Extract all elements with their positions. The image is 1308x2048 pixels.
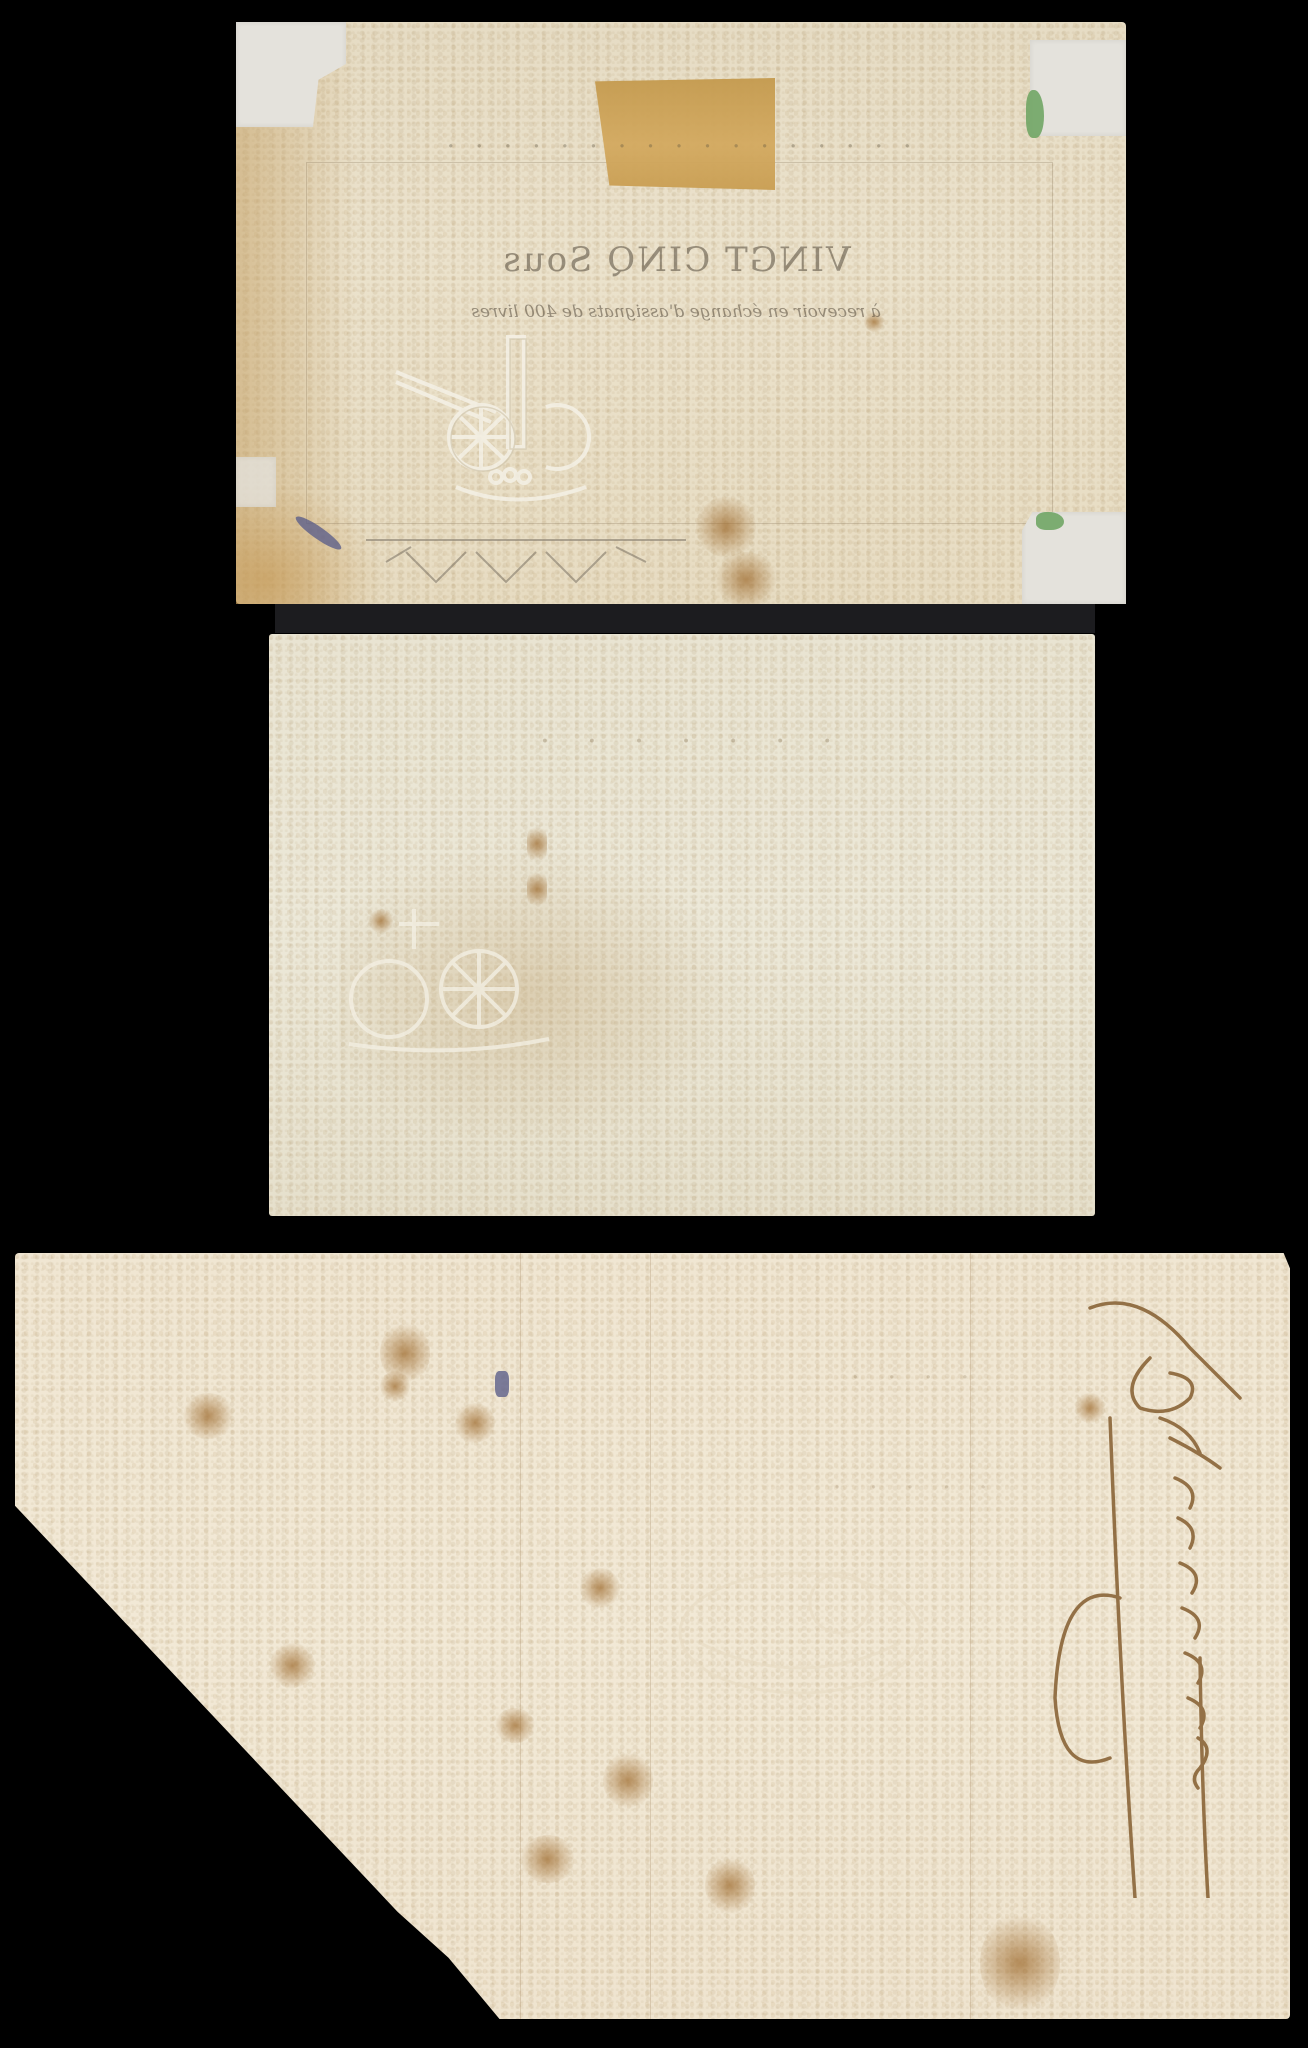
ornamental-border-icon: [366, 532, 686, 592]
mount-strip: [275, 604, 1095, 633]
bleed-through-text: · · · · · · ·: [419, 724, 939, 759]
foxing-spot: [696, 497, 756, 557]
blue-ink-mark: [495, 1371, 509, 1397]
banknote-middle: · · · · · · ·: [269, 634, 1095, 1216]
foxing-spot: [520, 1835, 575, 1883]
banknote-bottom: · · · · · · · · · Perrin: [15, 1253, 1290, 2019]
bleed-through-text: · · · ·: [715, 1363, 1095, 1393]
foxing-spot: [603, 1753, 653, 1808]
tape-hinge-bottom-left: [236, 457, 276, 507]
banknote-top: · · · · · · · · · · · · · · · · · VINGT …: [236, 22, 1126, 604]
tape-hinge-top-right: [1030, 40, 1126, 136]
foxing-spot: [980, 1913, 1060, 2013]
bleed-through-denomination: VINGT CINQ Sous: [366, 240, 986, 280]
handwritten-signature: [1050, 1278, 1290, 1898]
embossed-cannon-seal-icon: [386, 327, 646, 527]
foxing-spot: [380, 1371, 410, 1401]
bleed-through-subtext: à recevoir en échange d'assignats de 400…: [366, 302, 986, 322]
foxing-spot: [183, 1393, 233, 1439]
foxing-spot: [495, 1708, 535, 1743]
foxing-spot: [270, 1643, 315, 1688]
foxing-spot: [527, 824, 547, 864]
fold-line: [520, 1253, 521, 2019]
green-stain: [1036, 512, 1064, 530]
embossed-cannon-seal-icon: [329, 879, 589, 1059]
foxing-spot: [705, 1858, 755, 1913]
foxing-spot: [455, 1403, 495, 1443]
embossed-seal-icon: [660, 1493, 940, 1713]
fold-line: [650, 1253, 651, 2019]
bleed-through-header: · · · · · · · · · · · · · · · · ·: [366, 132, 986, 162]
foxing-spot: [716, 552, 776, 607]
foxing-spot: [580, 1568, 620, 1608]
green-stain: [1026, 90, 1044, 138]
